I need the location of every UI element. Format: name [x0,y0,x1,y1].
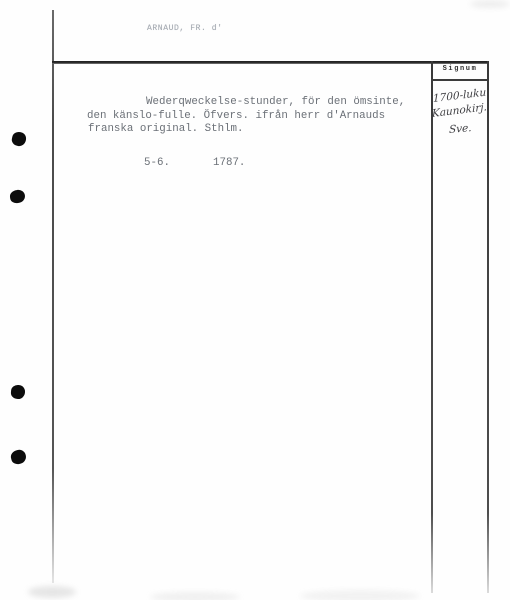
signum-header-label: Signum [432,65,488,73]
card-left-rule [52,10,54,583]
entry-line: franska original. Sthlm. [88,123,244,137]
publication-year: 1787. [213,157,245,171]
scan-smudge [300,590,420,600]
entry-line: Wederqweckelse-stunder, för den ömsinte, [146,96,405,110]
signum-right-rule [487,61,489,593]
punch-hole-dot [9,189,26,204]
scan-smudge [150,592,240,600]
signum-header-divider [431,79,488,81]
signum-handwritten-line: Sve. [449,122,472,136]
entry-line: den känslo-fulle. Öfvers. ifrån herr d'A… [87,110,385,124]
volume-number: 5-6. [144,157,170,171]
signum-left-rule [431,61,433,593]
card-top-rule [52,61,489,64]
punch-hole-dot [10,384,25,399]
punch-hole-dot [11,131,28,148]
punch-hole-dot [10,448,28,465]
scan-smudge [28,586,76,598]
scanned-catalog-card: ARNAUD, FR. d' Wederqweckelse-stunder, f… [0,0,510,600]
catalog-heading: ARNAUD, FR. d' [147,22,223,36]
scan-smudge [470,0,510,8]
